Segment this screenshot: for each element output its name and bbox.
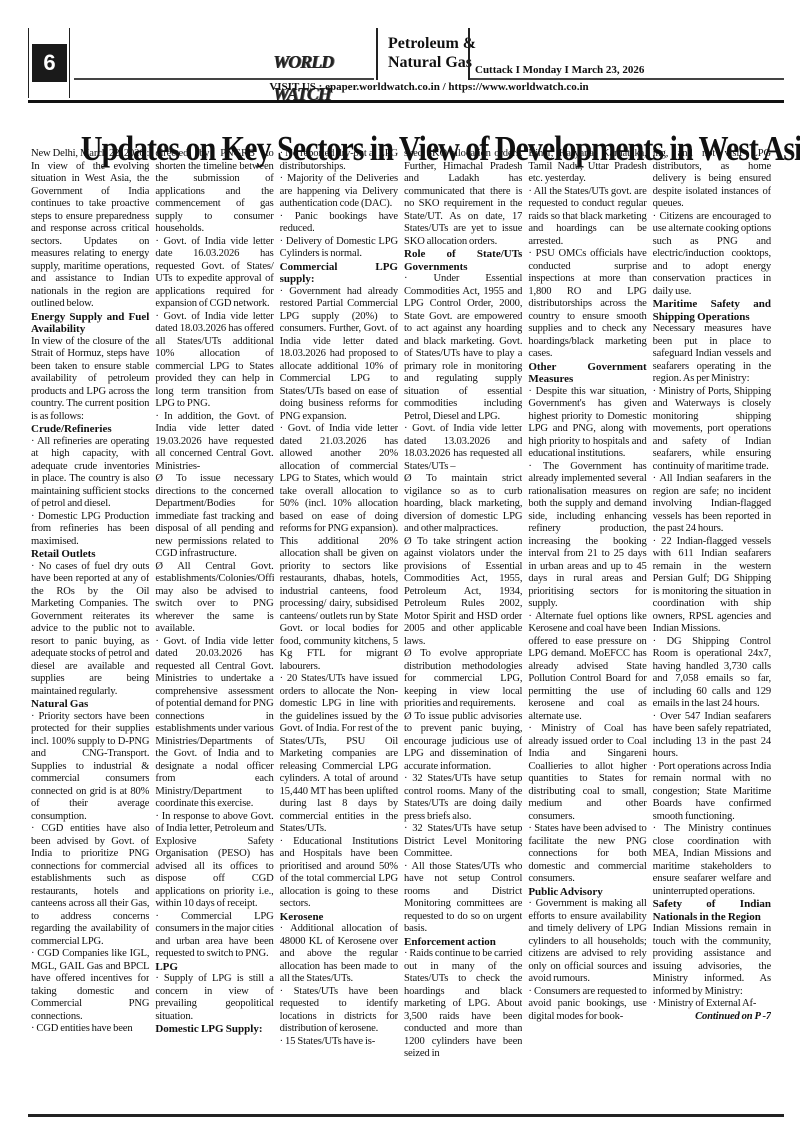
paragraph: · Govt. of India vide letter dated 21.03…: [280, 423, 398, 673]
paragraph: · Govt. of India vide letter date 16.03.…: [155, 236, 273, 311]
paragraph: · CGD Companies like IGL, MGL, GAIL Gas …: [31, 948, 149, 1023]
paragraph: · Ministry of Coal has already issued or…: [528, 723, 646, 823]
paragraph: · 32 States/UTs have setup District Leve…: [404, 823, 522, 861]
paragraph: sued SKO allocation orders. Further, Him…: [404, 148, 522, 248]
paragraph: · Ministry of Ports, Shipping and Waterw…: [653, 386, 771, 474]
paragraph: · Under Essential Commodities Act, 1955 …: [404, 273, 522, 423]
paragraph: · Government is making all efforts to en…: [528, 898, 646, 986]
paragraph: Ø To issue public advisories to prevent …: [404, 711, 522, 774]
continued-note: Continued on P -7: [653, 1011, 771, 1024]
paragraph: · Consumers are requested to avoid panic…: [528, 986, 646, 1024]
paragraph: Ø All Central Govt. establishments/Colon…: [155, 561, 273, 636]
paragraph: · Raids continue to be carried out in ma…: [404, 948, 522, 1061]
paragraph: · All refineries are operating at high c…: [31, 436, 149, 511]
divider: [468, 28, 470, 80]
masthead: 6 WORLD WATCH Petroleum & Natural Gas Cu…: [28, 28, 784, 100]
subheading: Kerosene: [280, 911, 398, 924]
paragraph: · 22 Indian-flagged vessels with 611 Ind…: [653, 536, 771, 636]
paragraph: · States/UTs have been requested to iden…: [280, 986, 398, 1036]
paragraph: · Supply of LPG is still a concern in vi…: [155, 973, 273, 1023]
paragraph: · Delivery of Domestic LPG Cylinders is …: [280, 236, 398, 261]
paragraph: Indian Missions remain in touch with the…: [653, 923, 771, 998]
dateline: Cuttack I Monday I March 23, 2026: [475, 64, 644, 76]
paragraph: ing, and not visit LPG distributors, as …: [653, 148, 771, 211]
paragraph: Ø To take stringent action against viola…: [404, 536, 522, 649]
article-column-5: Bihar, Haryana, Karnataka, Tamil Nadu, U…: [528, 148, 646, 1110]
paragraph: · Panic bookings have reduced.: [280, 211, 398, 236]
page-number-box: 6: [28, 28, 70, 98]
paragraph: · Govt. of India vide letter dated 13.03…: [404, 423, 522, 473]
paragraph: · 20 States/UTs have issued orders to al…: [280, 673, 398, 836]
paragraph: In view of the closure of the Strait of …: [31, 336, 149, 424]
paragraph: · Ministry of External Af-: [653, 998, 771, 1011]
paragraph: · Government had already restored Partia…: [280, 286, 398, 424]
subheading: Safety of Indian Nationals in the Region: [653, 898, 771, 923]
paragraph: · Commercial LPG consumers in the major …: [155, 911, 273, 961]
page-number: 6: [32, 44, 67, 82]
paragraph: · 32 States/UTs have setup control rooms…: [404, 773, 522, 823]
paragraph: · In addition, the Govt. of India vide l…: [155, 411, 273, 474]
visit-us-links[interactable]: VISIT US : epaper.worldwatch.co.in / htt…: [74, 81, 784, 93]
paragraph: · Majority of the Deliveries are happeni…: [280, 173, 398, 211]
article-column-6: ing, and not visit LPG distributors, as …: [653, 148, 771, 1110]
paragraph: · Priority sectors have been protected f…: [31, 711, 149, 824]
paragraph: · States have been advised to facilitate…: [528, 823, 646, 886]
subheading: Domestic LPG Supply:: [155, 1023, 273, 1036]
subheading: Public Advisory: [528, 886, 646, 899]
paragraph: Ø To maintain strict vigilance so as to …: [404, 473, 522, 536]
paragraph: · Port operations across India remain no…: [653, 761, 771, 824]
paragraph: Ø To issue necessary directions to the c…: [155, 473, 273, 561]
subheading: Commercial LPG supply:: [280, 261, 398, 286]
paragraph: Necessary measures have been put in plac…: [653, 323, 771, 386]
paragraph: New Delhi, March 22, 2026 : In view of t…: [31, 148, 149, 311]
bottom-rule: [28, 1114, 784, 1117]
paragraph: · No cases of fuel dry outs have been re…: [31, 561, 149, 699]
section-title-line1: Petroleum &: [388, 34, 476, 53]
paragraph: · Educational Institutions and Hospitals…: [280, 836, 398, 911]
rule: [74, 78, 374, 80]
paragraph: · The Ministry continues close coordinat…: [653, 823, 771, 898]
subheading: Crude/Refineries: [31, 423, 149, 436]
article-column-2: directed by PNGRB to shorten the timelin…: [155, 148, 273, 1110]
section-title-line2: Natural Gas: [388, 53, 476, 72]
subheading: Maritime Safety and Shipping Operations: [653, 298, 771, 323]
article-column-3: · No reported dry-out at LPG distributor…: [280, 148, 398, 1110]
paragraph: · Despite this war situation, Government…: [528, 386, 646, 461]
paragraph: · Additional allocation of 48000 KL of K…: [280, 923, 398, 986]
subheading: Retail Outlets: [31, 548, 149, 561]
paragraph: · All those States/UTs who have not setu…: [404, 861, 522, 936]
article-body: New Delhi, March 22, 2026 : In view of t…: [31, 148, 771, 1110]
subheading: Natural Gas: [31, 698, 149, 711]
paragraph: · The Government has already implemented…: [528, 461, 646, 611]
subheading: Enforcement action: [404, 936, 522, 949]
paragraph: · Over 547 Indian seafarers have been sa…: [653, 711, 771, 761]
paragraph: · All the States/UTs govt. are requested…: [528, 186, 646, 249]
world-watch-logo: WORLD WATCH: [273, 46, 378, 78]
paragraph: · CGD entities have also been advised by…: [31, 823, 149, 948]
article-column-1: New Delhi, March 22, 2026 : In view of t…: [31, 148, 149, 1110]
paragraph: · No reported dry-out at LPG distributor…: [280, 148, 398, 173]
paragraph: Bihar, Haryana, Karnataka, Tamil Nadu, U…: [528, 148, 646, 186]
paragraph: · Alternate fuel options like Kerosene a…: [528, 611, 646, 724]
rule: [470, 78, 784, 80]
paragraph: · Citizens are encouraged to use alterna…: [653, 211, 771, 299]
paragraph: · 15 States/UTs have is-: [280, 1036, 398, 1049]
paragraph: · In response to above Govt. of India le…: [155, 811, 273, 911]
paragraph: · Govt. of India vide letter dated 20.03…: [155, 636, 273, 811]
subheading: LPG: [155, 961, 273, 974]
paragraph: directed by PNGRB to shorten the timelin…: [155, 148, 273, 236]
paragraph: · CGD entities have been: [31, 1023, 149, 1036]
paragraph: · DG Shipping Control Room is operationa…: [653, 636, 771, 711]
paragraph: · PSU OMCs officials have conducted surp…: [528, 248, 646, 361]
article-column-4: sued SKO allocation orders. Further, Him…: [404, 148, 522, 1110]
paragraph: Ø To evolve appropriate distribution met…: [404, 648, 522, 711]
subheading: Energy Supply and Fuel Availability: [31, 311, 149, 336]
paragraph: · Govt. of India vide letter dated 18.03…: [155, 311, 273, 411]
paragraph: · Domestic LPG Production from refinerie…: [31, 511, 149, 549]
section-title: Petroleum & Natural Gas: [388, 34, 476, 72]
divider: [376, 28, 378, 80]
subheading: Role of State/UTs Governments: [404, 248, 522, 273]
paragraph: · All Indian seafarers in the region are…: [653, 473, 771, 536]
subheading: Other Government Measures: [528, 361, 646, 386]
masthead-rule: [28, 100, 784, 103]
